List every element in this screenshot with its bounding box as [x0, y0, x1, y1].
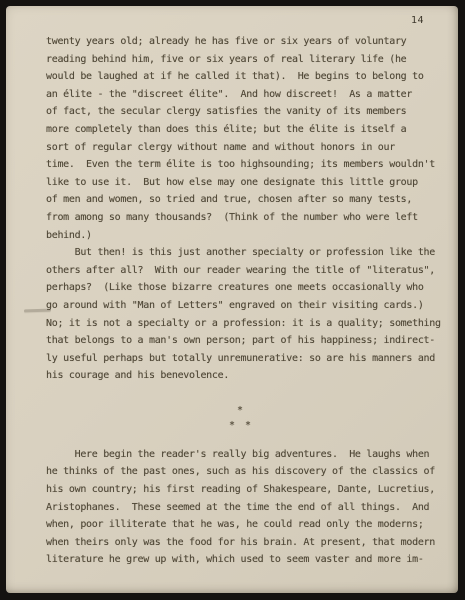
asterisk-row-top: *: [46, 403, 436, 418]
text-line: twenty years old; already he has five or…: [46, 33, 438, 51]
text-line: of fact, the secular clergy satisfies th…: [46, 103, 438, 121]
text-line: he thinks of the past ones, such as his …: [46, 463, 438, 481]
text-line: when, poor illiterate that he was, he co…: [46, 516, 438, 534]
asterisk-row-bottom: * *: [46, 418, 436, 433]
text-line: others after all? With our reader wearin…: [46, 262, 438, 280]
text-line: time. Even the term élite is too highsou…: [46, 156, 438, 174]
page-number: 14: [411, 15, 424, 26]
text-line: his own country; his first reading of Sh…: [46, 481, 438, 499]
text-line: No; it is not a specialty or a professio…: [46, 315, 438, 333]
asterisk-section-separator: * * *: [46, 403, 436, 433]
text-line: perhaps? (Like those bizarre creatures o…: [46, 279, 438, 297]
text-line: his courage and his benevolence.: [46, 367, 438, 385]
text-line: when theirs only was the food for his br…: [46, 534, 438, 552]
text-line: more completely than does this élite; bu…: [46, 121, 438, 139]
text-line: Aristophanes. These seemed at the time t…: [46, 499, 438, 517]
paragraphs-after-separator: Here begin the reader's really big adven…: [46, 446, 438, 569]
text-line: like to use it. But how else may one des…: [46, 174, 438, 192]
text-line: an élite - the "discreet élite". And how…: [46, 86, 438, 104]
text-line: sort of regular clergy without name and …: [46, 139, 438, 157]
text-line: literature he grew up with, which used t…: [46, 551, 438, 569]
text-line: go around with "Man of Letters" engraved…: [46, 297, 438, 315]
text-line: But then! is this just another specialty…: [46, 244, 438, 262]
typewritten-text: twenty years old; already he has five or…: [46, 33, 438, 569]
text-line: from among so many thousands? (Think of …: [46, 209, 438, 227]
paragraphs-before-separator: twenty years old; already he has five or…: [46, 33, 438, 385]
text-line: ly useful perhaps but totally unremunera…: [46, 350, 438, 368]
text-line: that belongs to a man's own person; part…: [46, 332, 438, 350]
text-line: of men and women, so tried and true, cho…: [46, 191, 438, 209]
text-line: Here begin the reader's really big adven…: [46, 446, 438, 464]
text-line: behind.): [46, 227, 438, 245]
text-line: would be laughed at if he called it that…: [46, 68, 438, 86]
scanned-page: 14 twenty years old; already he has five…: [6, 6, 458, 593]
text-line: reading behind him, five or six years of…: [46, 51, 438, 69]
